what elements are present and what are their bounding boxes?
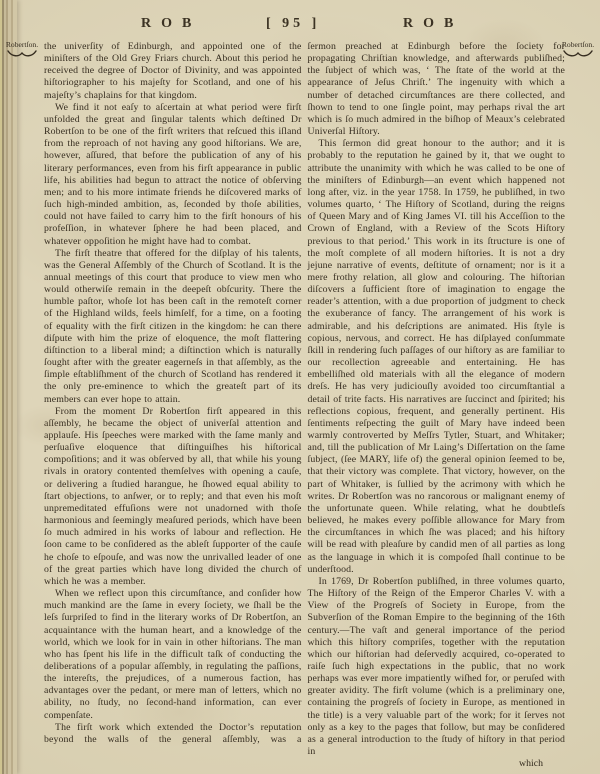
paragraph: The firſt work which extended the Doctor… [44, 722, 302, 746]
paragraph: When we reflect upon this circumſtance, … [44, 588, 302, 722]
page-header: ROB [ 95 ] ROB [0, 16, 600, 36]
page-number: [ 95 ] [266, 16, 320, 32]
brace-swash-icon [563, 50, 593, 58]
column-right: ſermon preached at Edinburgh before the … [308, 41, 566, 770]
paragraph: From the moment Dr Robertſon firſt appea… [44, 406, 302, 588]
brace-swash-icon [7, 50, 37, 58]
column-right-paragraphs: ſermon preached at Edinburgh before the … [308, 41, 566, 758]
column-left-paragraphs: the univerſity of Edinburgh, and appoint… [44, 41, 302, 746]
running-title-left: ROB [141, 16, 201, 32]
catchword: which [308, 758, 566, 770]
margin-note-left-text: Robertſon. [6, 40, 38, 49]
paragraph: the univerſity of Edinburgh, and appoint… [44, 41, 302, 102]
paragraph: This ſermon did great honour to the auth… [308, 138, 566, 576]
paragraph: The firſt theatre that offered for the d… [44, 248, 302, 406]
page: ROB [ 95 ] ROB Robertſon. Robertſon. the… [0, 0, 600, 774]
binding-edge [0, 0, 17, 774]
running-title-right: ROB [403, 16, 463, 32]
paragraph: ſermon preached at Edinburgh before the … [308, 41, 566, 138]
page-body: the univerſity of Edinburgh, and appoint… [44, 41, 565, 770]
paragraph: We find it not eaſy to aſcertain at what… [44, 102, 302, 248]
margin-note-left: Robertſon. [1, 41, 43, 58]
paragraph: In 1769, Dr Robertſon publiſhed, in thre… [308, 576, 566, 758]
column-left: the univerſity of Edinburgh, and appoint… [44, 41, 302, 770]
margin-note-right-text: Robertſon. [562, 40, 594, 49]
